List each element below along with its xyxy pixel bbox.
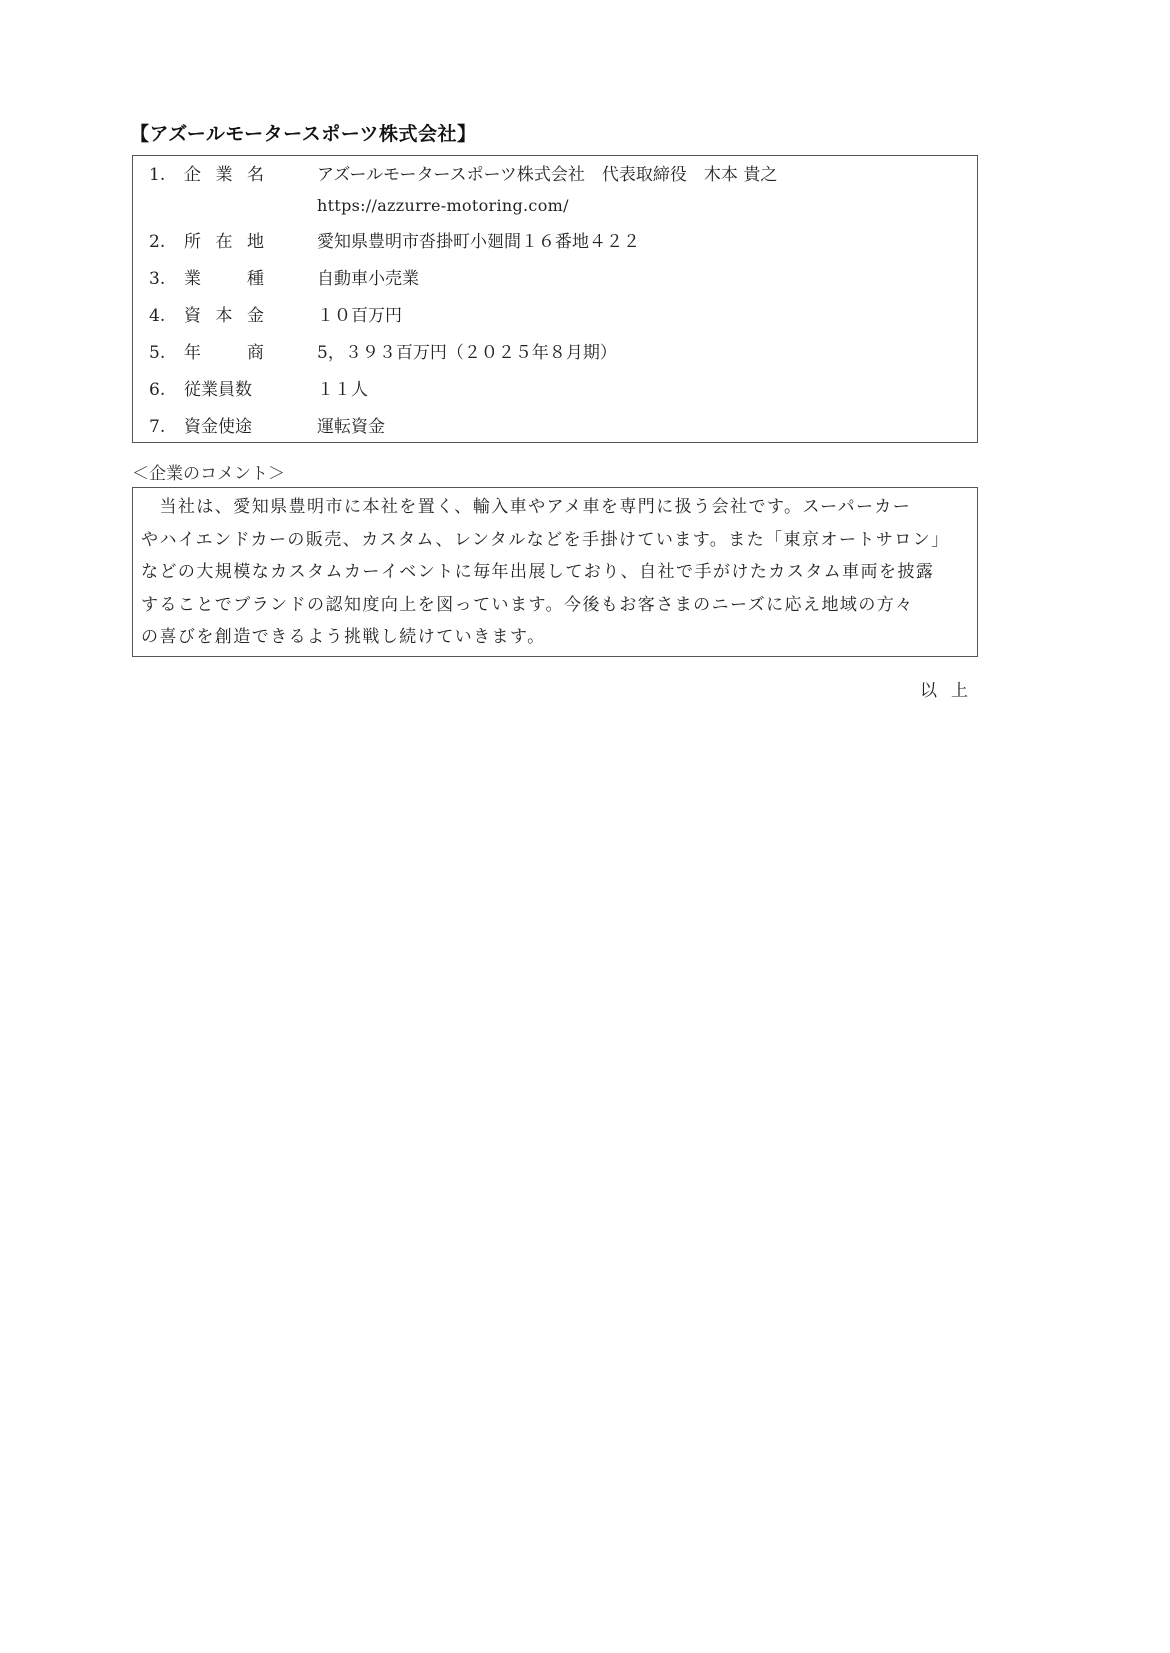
row-label: 企 業 名 <box>184 164 264 186</box>
label-char: 本 <box>216 305 233 327</box>
row-label: 従業員数 <box>184 379 264 401</box>
comment-title: ＜企業のコメント＞ <box>132 459 285 484</box>
label-char: 在 <box>216 231 233 253</box>
label-char: 業 <box>216 164 233 186</box>
closing-mark: 以上 <box>920 676 982 701</box>
employees-value: １１人 <box>317 379 368 401</box>
company-url-link[interactable]: https://azzurre-motoring.com/ <box>317 195 569 217</box>
comment-line: などの大規模なカスタムカーイベントに毎年出展しており、自社で手がけたカスタム車両… <box>141 556 969 589</box>
row-label: 年 商 <box>184 342 264 364</box>
company-name-value: アズールモータースポーツ株式会社 代表取締役 木本 貴之 <box>317 164 777 186</box>
row-label: 業 種 <box>184 268 264 290</box>
row-number: 1. <box>149 164 165 186</box>
row-number: 5. <box>149 342 165 364</box>
capital-value: １０百万円 <box>317 305 402 327</box>
label-char: 資 <box>184 305 201 327</box>
label-char: 年 <box>184 342 201 364</box>
comment-line: やハイエンドカーの販売、カスタム、レンタルなどを手掛けています。また「東京オート… <box>141 524 969 557</box>
company-heading: 【アズールモータースポーツ株式会社】 <box>130 119 476 146</box>
row-number: 3. <box>149 268 165 290</box>
label-char: 種 <box>247 268 264 290</box>
comment-line: することでブランドの認知度向上を図っています。今後もお客さまのニーズに応え地域の… <box>141 589 969 622</box>
industry-value: 自動車小売業 <box>317 268 419 290</box>
row-number: 2. <box>149 231 165 253</box>
row-label: 所 在 地 <box>184 231 264 253</box>
row-number: 6. <box>149 379 165 401</box>
row-label: 資金使途 <box>184 416 264 438</box>
label-char: 名 <box>247 164 264 186</box>
comment-line: 当社は、愛知県豊明市に本社を置く、輸入車やアメ車を専門に扱う会社です。スーパーカ… <box>141 491 969 524</box>
fund-use-value: 運転資金 <box>317 416 385 438</box>
label-char: 業 <box>184 268 201 290</box>
company-info-table: 1. 企 業 名 アズールモータースポーツ株式会社 代表取締役 木本 貴之 ht… <box>132 155 978 443</box>
revenue-value: 5，３９３百万円（２０２５年８月期） <box>317 342 617 364</box>
label-char: 企 <box>184 164 201 186</box>
row-number: 4. <box>149 305 165 327</box>
company-comment-box: 当社は、愛知県豊明市に本社を置く、輸入車やアメ車を専門に扱う会社です。スーパーカ… <box>132 487 978 657</box>
label-char: 金 <box>247 305 264 327</box>
comment-line: の喜びを創造できるよう挑戦し続けていきます。 <box>141 621 969 654</box>
label-char: 所 <box>184 231 201 253</box>
address-value: 愛知県豊明市沓掛町小廻間１６番地４２２ <box>317 231 640 253</box>
row-label: 資 本 金 <box>184 305 264 327</box>
label-char: 商 <box>247 342 264 364</box>
label-char: 地 <box>247 231 264 253</box>
row-number: 7. <box>149 416 165 438</box>
